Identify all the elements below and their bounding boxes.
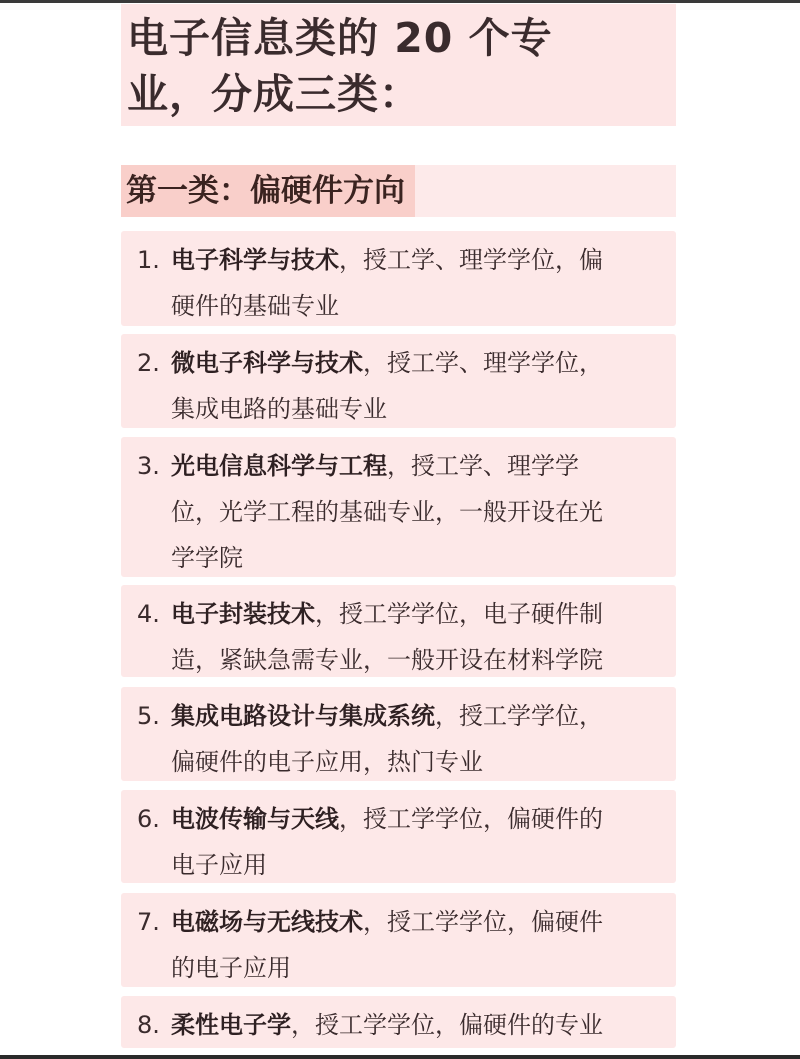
major-name: 柔性电子学 [171, 1011, 291, 1039]
top-border [0, 0, 800, 3]
item-desc-2: 位，光学工程的基础专业，一般开设在光 [171, 498, 603, 526]
major-name: 电子科学与技术 [171, 246, 339, 274]
item-text: 电磁场与无线技术，授工学学位，偏硬件 的电子应用 [171, 899, 666, 991]
item-desc-1: ，授工学学位，偏硬件 [363, 908, 603, 936]
list-item: 8. 柔性电子学，授工学学位，偏硬件的专业 [121, 996, 676, 1048]
item-text: 电波传输与天线，授工学学位，偏硬件的 电子应用 [171, 796, 666, 888]
item-number: 6. [137, 796, 171, 888]
major-name: 电波传输与天线 [171, 805, 339, 833]
item-text: 光电信息科学与工程，授工学、理学学 位，光学工程的基础专业，一般开设在光 学学院 [171, 443, 666, 581]
item-desc-1: ，授工学、理学学位， [363, 349, 603, 377]
list-item: 4. 电子封装技术，授工学学位，电子硬件制 造，紧缺急需专业，一般开设在材料学院 [121, 585, 676, 677]
item-desc-1: ，授工学学位，偏硬件的专业 [291, 1011, 603, 1039]
item-text: 电子科学与技术，授工学、理学学位，偏 硬件的基础专业 [171, 237, 666, 329]
item-desc-3: 学学院 [171, 544, 243, 572]
page-title: 电子信息类的 20 个专 业，分成三类： [127, 10, 676, 122]
item-number: 3. [137, 443, 171, 581]
item-desc-1: ，授工学学位，电子硬件制 [315, 600, 603, 628]
bottom-border [0, 1055, 800, 1059]
item-number: 8. [137, 1002, 171, 1048]
title-line-2: 业，分成三类： [127, 70, 421, 118]
major-name: 微电子科学与技术 [171, 349, 363, 377]
item-text: 电子封装技术，授工学学位，电子硬件制 造，紧缺急需专业，一般开设在材料学院 [171, 591, 666, 683]
item-desc-1: ，授工学学位，偏硬件的 [339, 805, 603, 833]
item-desc-2: 造，紧缺急需专业，一般开设在材料学院 [171, 646, 603, 674]
item-desc-2: 的电子应用 [171, 954, 291, 982]
major-name: 集成电路设计与集成系统 [171, 702, 435, 730]
item-number: 5. [137, 693, 171, 785]
item-desc-2: 集成电路的基础专业 [171, 395, 387, 423]
item-desc-2: 偏硬件的电子应用，热门专业 [171, 748, 483, 776]
title-line-1: 电子信息类的 20 个专 [127, 14, 553, 62]
major-name: 电子封装技术 [171, 600, 315, 628]
item-number: 2. [137, 340, 171, 432]
item-text: 集成电路设计与集成系统，授工学学位， 偏硬件的电子应用，热门专业 [171, 693, 666, 785]
list-item: 6. 电波传输与天线，授工学学位，偏硬件的 电子应用 [121, 790, 676, 883]
item-text: 微电子科学与技术，授工学、理学学位， 集成电路的基础专业 [171, 340, 666, 432]
list-item: 7. 电磁场与无线技术，授工学学位，偏硬件 的电子应用 [121, 893, 676, 987]
list-item: 2. 微电子科学与技术，授工学、理学学位， 集成电路的基础专业 [121, 334, 676, 428]
major-name: 电磁场与无线技术 [171, 908, 363, 936]
list-item: 5. 集成电路设计与集成系统，授工学学位， 偏硬件的电子应用，热门专业 [121, 687, 676, 781]
item-desc-2: 硬件的基础专业 [171, 292, 339, 320]
item-text: 柔性电子学，授工学学位，偏硬件的专业 [171, 1002, 666, 1048]
item-desc-1: ，授工学学位， [435, 702, 603, 730]
page-title-block: 电子信息类的 20 个专 业，分成三类： [121, 4, 676, 126]
list-item: 3. 光电信息科学与工程，授工学、理学学 位，光学工程的基础专业，一般开设在光 … [121, 437, 676, 577]
section-heading: 第一类：偏硬件方向 [121, 165, 415, 217]
item-number: 1. [137, 237, 171, 329]
item-number: 7. [137, 899, 171, 991]
section-heading-block: 第一类：偏硬件方向 [121, 165, 676, 217]
item-desc-1: ，授工学、理学学位，偏 [339, 246, 603, 274]
major-name: 光电信息科学与工程 [171, 452, 387, 480]
item-desc-2: 电子应用 [171, 851, 267, 879]
item-desc-1: ，授工学、理学学 [387, 452, 579, 480]
list-item: 1. 电子科学与技术，授工学、理学学位，偏 硬件的基础专业 [121, 231, 676, 326]
item-number: 4. [137, 591, 171, 683]
